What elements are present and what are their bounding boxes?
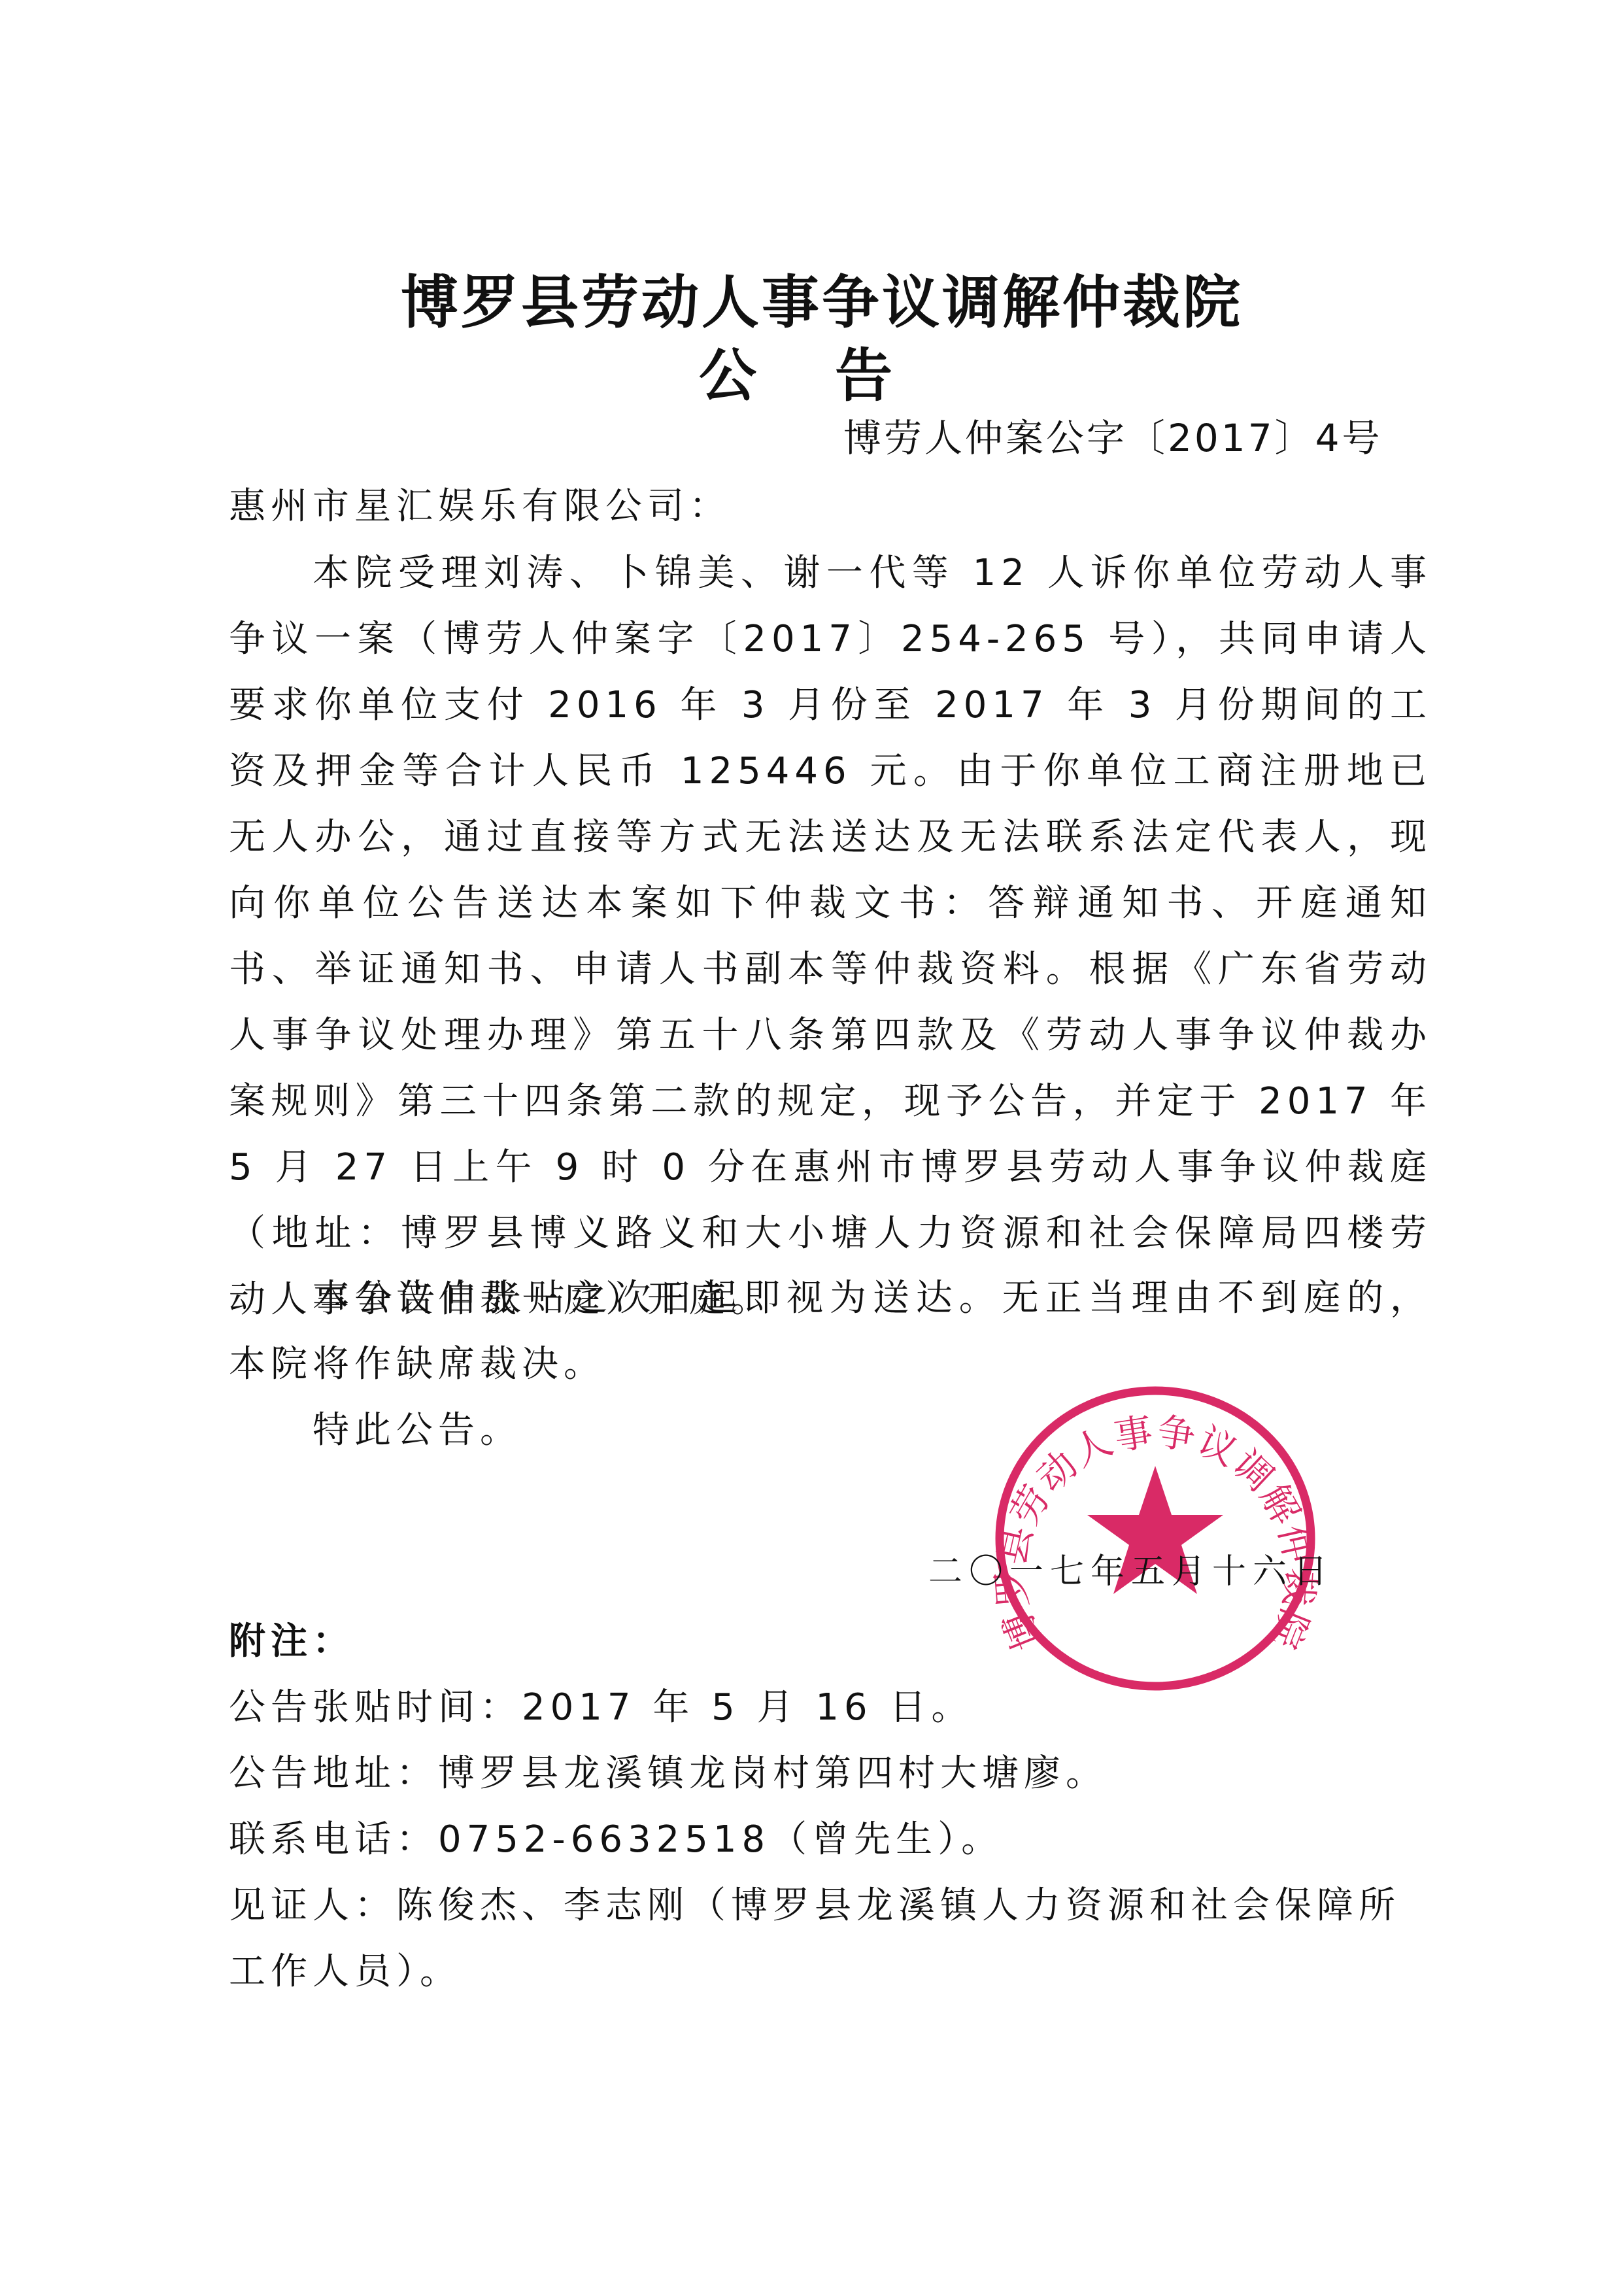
document-page: 博罗县劳动人事争议调解仲裁院 公告 博劳人仲案公字〔2017〕4号 惠州市星汇娱… bbox=[0, 0, 1624, 2291]
body-paragraph-main: 本院受理刘涛、卜锦美、谢一代等 12 人诉你单位劳动人事争议一案（博劳人仲案字〔… bbox=[229, 540, 1432, 1332]
appendix-posting-address: 公告地址：博罗县龙溪镇龙岗村第四村大塘廖。 bbox=[229, 1740, 1432, 1807]
appendix-witnesses: 见证人：陈俊杰、李志刚（博罗县龙溪镇人力资源和社会保障所工作人员）。 bbox=[229, 1873, 1432, 2005]
official-seal: 博罗县劳动人事争议调解仲裁院 bbox=[990, 1381, 1321, 1696]
doc-number: 博劳人仲案公字〔2017〕4号 bbox=[843, 412, 1383, 464]
signature-date: 二〇一七年五月十六日 bbox=[928, 1546, 1334, 1598]
appendix-contact-phone: 联系电话：0752-6632518（曾先生）。 bbox=[229, 1807, 1432, 1873]
addressee: 惠州市星汇娱乐有限公司： bbox=[229, 473, 1432, 539]
body-paragraph-service: 本公告自张贴之次日起即视为送达。无正当理由不到庭的，本院将作缺席裁决。 bbox=[229, 1265, 1432, 1397]
doc-type-title: 公告 bbox=[0, 340, 1624, 412]
issuer-title: 博罗县劳动人事争议调解仲裁院 bbox=[0, 267, 1624, 339]
